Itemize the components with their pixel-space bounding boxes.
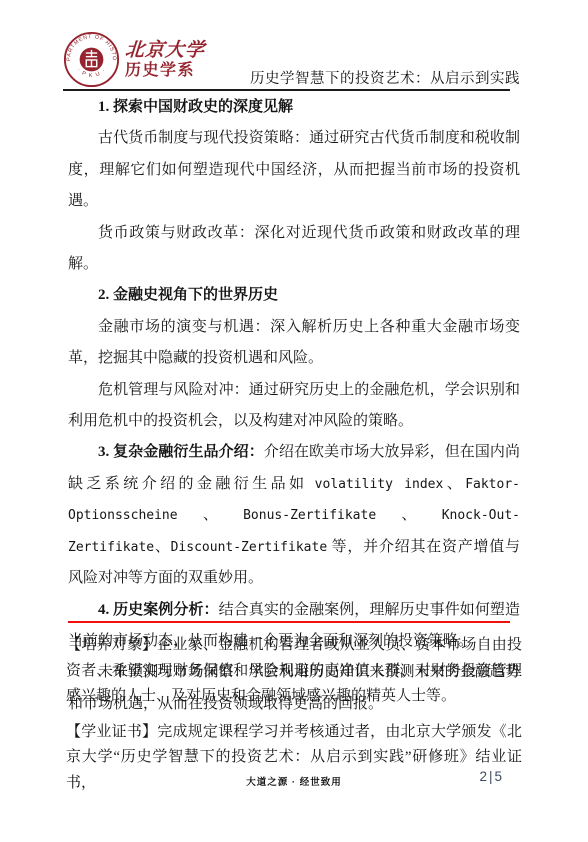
document-page: DEPARTMENT OF HISTORY · P K U · 北京大学 历史学… [0,0,588,842]
header-divider-line [63,89,510,91]
logo-wordmark: 北京大学 历史学系 [125,41,205,79]
text-run: 危机管理与风险对冲：通过研究历史上的金融危机，学会识别和利用危机中的投资机会，以… [68,382,520,429]
text-run: Discount-Zertifikate [171,540,328,555]
document-header-title: 历史学智慧下的投资艺术：从启示到实践 [250,67,520,88]
note-paragraph: 【培养对象】企业家、金融机构管理者或从业人员、资本市场自由投资者、希望实现财务保… [66,633,522,710]
body-paragraph: 货币政策与财政改革：深化对近现代货币政策和财政改革的理解。 [68,218,520,281]
pku-history-seal-icon: DEPARTMENT OF HISTORY · P K U · [63,31,120,88]
text-run: 金融市场的演变与机遇：深入解析历史上各种重大金融市场变革，挖掘其中隐藏的投资机遇… [68,319,520,366]
text-run: 【培养对象】企业家、金融机构管理者或从业人员、资本市场自由投资者、希望实现财务保… [66,637,522,704]
text-run: 1. 探索中国财政史的深度见解 [98,99,293,115]
body-paragraph: 金融市场的演变与机遇：深入解析历史上各种重大金融市场变革，挖掘其中隐藏的投资机遇… [68,312,520,375]
section-heading: 1. 探索中国财政史的深度见解 [68,92,520,123]
section-heading: 2. 金融史视角下的世界历史 [68,280,520,311]
notes-section: 【培养对象】企业家、金融机构管理者或从业人员、资本市场自由投资者、希望实现财务保… [66,633,522,796]
text-run: 2. 金融史视角下的世界历史 [98,287,278,303]
pku-history-logo: DEPARTMENT OF HISTORY · P K U · 北京大学 历史学… [63,31,205,88]
text-run: 货币政策与财政改革：深化对近现代货币政策和财政改革的理解。 [68,225,520,272]
text-run: Bonus-Zertifikate [243,508,376,523]
document-body: 1. 探索中国财政史的深度见解古代货币制度与现代投资策略：通过研究古代货币制度和… [68,92,520,720]
body-paragraph: 古代货币制度与现代投资策略：通过研究古代货币制度和税收制度，理解它们如何塑造现代… [68,123,520,217]
page-number: 2|5 [479,769,504,784]
text-run: 、 [376,507,442,523]
body-paragraph: 危机管理与风险对冲：通过研究历史上的金融危机，学会识别和利用危机中的投资机会，以… [68,375,520,438]
body-paragraph: 3. 复杂金融衍生品介绍：介绍在欧美市场大放异彩，但在国内尚缺乏系统介绍的金融衍… [68,437,520,594]
text-run: 、 [154,539,171,555]
text-run: volatility index [315,477,444,492]
logo-department-name: 历史学系 [125,63,205,79]
text-run: 古代货币制度与现代投资策略：通过研究古代货币制度和税收制度，理解它们如何塑造现代… [68,130,520,209]
red-divider-line [68,621,510,623]
text-run: 、 [178,507,244,523]
text-run: 4. 历史案例分析： [98,602,219,618]
logo-university-name: 北京大学 [124,41,205,60]
text-run: 3. 复杂金融衍生品介绍： [98,444,264,460]
text-run: 、 [443,476,465,492]
